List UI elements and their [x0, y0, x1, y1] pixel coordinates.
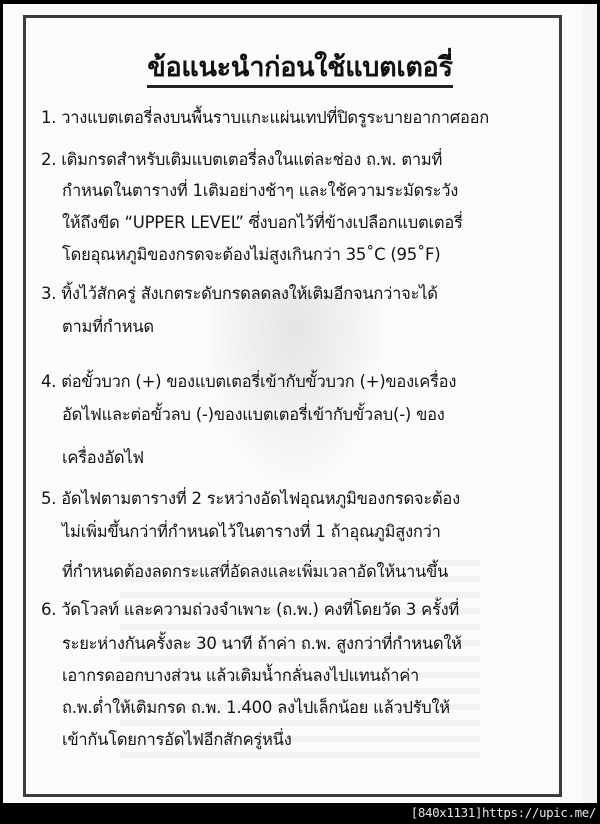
item-4-line-2: อัดไฟและต่อขั้วลบ (-)ของแบตเตอรี่เข้ากับ…	[62, 404, 445, 426]
item-4-line-1: 4. ต่อขั้วบวก (+) ของแบตเตอรี่เข้ากับขั้…	[41, 371, 456, 393]
item-2-line-2: กำหนดในตารางที่ 1เติมอย่างช้าๆ และใช้ควา…	[62, 180, 458, 202]
item-5-line-3: ที่กำหนดต้องลดกระแสที่อัดลงและเพิ่มเวลาอ…	[62, 561, 448, 583]
document-title: ข้อแนะนำก่อนใช้แบตเตอรี่	[0, 48, 600, 88]
page-edge	[583, 4, 597, 803]
item-2-line-3: ให้ถึงขีด “UPPER LEVEL” ซึ่งบอกไว้ที่ข้า…	[62, 212, 463, 234]
item-6-line-5: เข้ากันโดยการอัดไฟอีกสักครู่หนึ่ง	[62, 729, 292, 751]
item-5-line-2: ไม่เพิ่มขึ้นกว่าที่กำหนดไว้ในตารางที่ 1 …	[62, 521, 441, 543]
item-6-line-1: 6. วัดโวลท์ และความถ่วงจำเพาะ (ถ.พ.) คงท…	[41, 599, 459, 621]
item-3-line-2: ตามที่กำหนด	[62, 316, 154, 338]
item-4-line-3: เครื่องอัดไฟ	[62, 447, 144, 469]
item-1-line-1: 1. วางแบตเตอรี่ลงบนพื้นราบแกะแผ่นเทปที่ป…	[41, 107, 489, 129]
item-2-line-4: โดยอุณหภูมิของกรดจะต้องไม่สูงเกินกว่า 35…	[62, 244, 440, 266]
title-text: ข้อแนะนำก่อนใช้แบตเตอรี่	[147, 51, 452, 88]
item-3-line-1: 3. ทิ้งไว้สักครู่ สังเกตระดับกรดลดลงให้เ…	[41, 283, 438, 305]
item-6-line-3: เอากรดออกบางส่วน แล้วเติมน้ำกลั่นลงไปแทน…	[62, 665, 419, 687]
item-6-line-4: ถ.พ.ต่ำให้เติมกรด ถ.พ. 1.400 ลงไปเล็กน้อ…	[62, 697, 450, 719]
image-host-watermark: [840x1131]https://upic.me/	[411, 804, 596, 822]
item-2-line-1: 2. เติมกรดสำหรับเติมแบตเตอรี่ลงในแต่ละช่…	[41, 149, 442, 171]
item-6-line-2: ระยะห่างกันครั้งละ 30 นาที ถ้าค่า ถ.พ. ส…	[62, 633, 462, 655]
item-5-line-1: 5. อัดไฟตามตารางที่ 2 ระหว่างอัดไฟอุณหภู…	[41, 488, 460, 510]
